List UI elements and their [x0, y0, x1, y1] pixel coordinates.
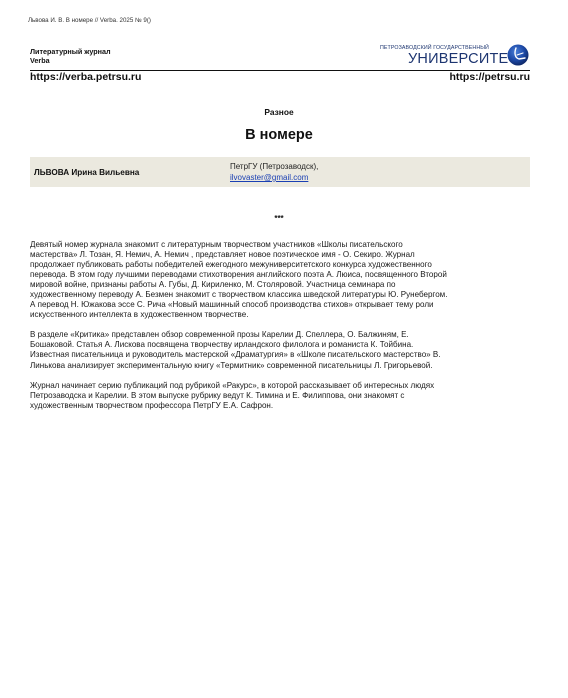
- separator-stars: ***: [0, 214, 558, 223]
- journal-name: Verba: [30, 56, 111, 65]
- author-email-link[interactable]: ilvovaster@gmail.com: [230, 172, 318, 183]
- author-affiliation-cell: ПетрГУ (Петрозаводск), ilvovaster@gmail.…: [230, 161, 318, 183]
- university-url[interactable]: https://petrsu.ru: [450, 71, 531, 83]
- journal-block: Литературный журнал Verba: [30, 47, 111, 65]
- petrsu-globe-logo-icon: [507, 44, 529, 66]
- paragraph-1: Девятый номер журнала знакомит с литерат…: [30, 240, 536, 320]
- author-name: ЛЬВОВА Ирина Вильевна: [34, 168, 139, 177]
- author-affiliation: ПетрГУ (Петрозаводск),: [230, 162, 318, 171]
- paragraph-3: Журнал начинает серию публикаций под руб…: [30, 381, 536, 411]
- article-body: Девятый номер журнала знакомит с литерат…: [30, 240, 536, 421]
- journal-label: Литературный журнал: [30, 47, 111, 56]
- author-info-table: ЛЬВОВА Ирина Вильевна ПетрГУ (Петрозавод…: [30, 157, 530, 187]
- citation-line: Львова И. В. В номере // Verba. 2025 № 9…: [28, 17, 151, 24]
- journal-url[interactable]: https://verba.petrsu.ru: [30, 71, 141, 83]
- article-title: В номере: [0, 127, 558, 143]
- paragraph-2: В разделе «Критика» представлен обзор со…: [30, 330, 536, 370]
- university-logo: ПЕТРОЗАВОДСКИЙ ГОСУДАРСТВЕННЫЙ УНИВЕРСИТ…: [378, 43, 533, 69]
- logo-big-text: УНИВЕРСИТЕТ: [408, 51, 517, 67]
- section-heading: Разное: [0, 107, 558, 117]
